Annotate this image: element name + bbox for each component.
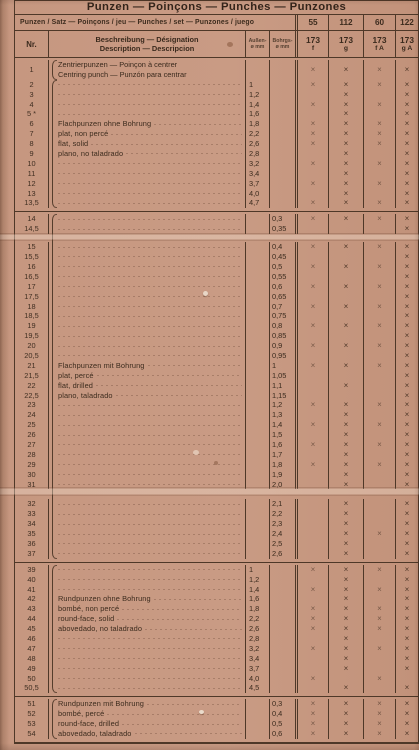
outer-diameter-cell: 3,2 <box>246 159 270 169</box>
availability-mark-cell: × <box>364 719 396 729</box>
row-number-cell: 19 <box>15 321 49 331</box>
table-row: 43bombé, non percé1,8×××× <box>15 604 418 614</box>
availability-mark-cell <box>364 189 396 199</box>
dotted-leader <box>58 229 242 230</box>
dotted-leader <box>58 163 242 164</box>
outer-diameter-cell: 4,5 <box>246 683 270 693</box>
table-row: 22,5plano, taladrado1,15× <box>15 391 418 401</box>
punches-table: Punzen — Poinçons — Punches — Punzones P… <box>14 0 419 744</box>
availability-mark-cell <box>364 634 396 644</box>
outer-diameter-cell <box>246 699 270 709</box>
availability-mark-cell: × <box>396 719 418 729</box>
availability-mark-cell: × <box>297 282 329 292</box>
availability-mark-cell: × <box>329 699 364 709</box>
outer-diameter-cell <box>246 262 270 272</box>
description-cell <box>49 262 246 272</box>
bore-diameter-cell <box>270 565 296 575</box>
availability-mark-cell: × <box>396 129 418 139</box>
bore-diameter-cell <box>270 129 296 139</box>
description-cell <box>49 302 246 312</box>
row-number-cell: 20 <box>15 341 49 351</box>
row-number-cell: 31 <box>15 480 49 490</box>
availability-mark-cell: × <box>297 674 329 684</box>
availability-mark-cell: × <box>329 60 364 80</box>
description-cell <box>49 311 246 321</box>
outer-diameter-cell <box>246 341 270 351</box>
availability-mark-cell <box>364 683 396 693</box>
bore-diameter-cell: 1,7 <box>270 450 296 460</box>
availability-mark-cell: × <box>329 519 364 529</box>
availability-mark-cell: × <box>329 189 364 199</box>
bore-diameter-cell: 1,9 <box>270 470 296 480</box>
section-brace <box>52 60 57 80</box>
row-number-cell: 12 <box>15 179 49 189</box>
availability-mark-cell: × <box>329 470 364 480</box>
row-number-cell: 19,5 <box>15 331 49 341</box>
table-section: 391××××401,2××411,4××××42Rundpunzen ohne… <box>15 563 418 698</box>
availability-mark-cell: × <box>329 179 364 189</box>
description-cell: Flachpunzen mit Bohrung <box>49 361 246 371</box>
availability-mark-cell: × <box>329 594 364 604</box>
availability-mark-cell <box>297 381 329 391</box>
availability-mark-cell: × <box>364 302 396 312</box>
description-cell <box>49 519 246 529</box>
availability-mark-cell: × <box>329 361 364 371</box>
outer-diameter-cell: 2,8 <box>246 149 270 159</box>
description-cell: bombé, non percé <box>49 604 246 614</box>
availability-mark-cell: × <box>329 282 364 292</box>
availability-mark-cell: × <box>396 80 418 90</box>
table-row: 5 *1,6×× <box>15 109 418 119</box>
dotted-leader <box>58 484 242 485</box>
availability-mark-cell: × <box>329 149 364 159</box>
outer-diameter-cell: 2,8 <box>246 634 270 644</box>
availability-mark-cell: × <box>329 683 364 693</box>
dotted-leader <box>58 444 242 445</box>
description-cell <box>49 198 246 208</box>
set-size-60: 60 <box>364 15 396 30</box>
dotted-leader <box>96 385 242 386</box>
availability-mark-cell <box>297 683 329 693</box>
section-brace <box>52 699 57 739</box>
availability-mark-cell: × <box>364 80 396 90</box>
dotted-leader <box>58 203 242 204</box>
availability-mark-cell: × <box>329 539 364 549</box>
outer-diameter-cell: 2,2 <box>246 614 270 624</box>
bore-diameter-cell: 0,75 <box>270 311 296 321</box>
bore-diameter-cell <box>270 139 296 149</box>
availability-mark-cell: × <box>364 100 396 110</box>
bore-diameter-cell <box>270 109 296 119</box>
bore-diameter-cell: 0,65 <box>270 292 296 302</box>
description-cell: round-face, solid <box>49 614 246 624</box>
availability-mark-cell: × <box>364 321 396 331</box>
table-row: 483,4×× <box>15 654 418 664</box>
availability-mark-cell <box>364 430 396 440</box>
section-brace <box>52 80 57 209</box>
outer-diameter-cell: 3,7 <box>246 664 270 674</box>
dotted-leader <box>148 365 242 366</box>
row-number-cell: 50,5 <box>15 683 49 693</box>
dotted-leader <box>122 609 242 610</box>
dotted-leader <box>58 94 242 95</box>
bore-diameter-cell: 0,7 <box>270 302 296 312</box>
outer-diameter-cell <box>246 60 270 80</box>
dotted-leader <box>117 619 242 620</box>
table-row: 17,50,65× <box>15 292 418 302</box>
availability-mark-cell <box>364 480 396 490</box>
availability-mark-cell <box>364 169 396 179</box>
row-number-cell: 37 <box>15 549 49 559</box>
availability-mark-cell: × <box>396 252 418 262</box>
dotted-leader <box>58 173 242 174</box>
nr-column-header: Nr. <box>15 31 49 57</box>
availability-mark-cell <box>364 499 396 509</box>
description-text: Rundpunzen ohne Bohrung <box>58 594 151 604</box>
description-text: plano, no taladrado <box>58 149 123 159</box>
availability-mark-cell: × <box>297 624 329 634</box>
availability-mark-cell: × <box>364 60 396 80</box>
availability-mark-cell <box>297 634 329 644</box>
availability-mark-cell <box>297 594 329 604</box>
bore-diameter-cell: 1 <box>270 361 296 371</box>
table-row: 190,8×××× <box>15 321 418 331</box>
description-cell <box>49 654 246 664</box>
row-number-cell: 23 <box>15 400 49 410</box>
table-row: 51Rundpunzen mit Bohrung0,3×××× <box>15 699 418 709</box>
outer-diameter-cell: 4,0 <box>246 189 270 199</box>
outer-diameter-cell: 3,4 <box>246 654 270 664</box>
table-row: 322,1×× <box>15 499 418 509</box>
availability-mark-cell <box>364 351 396 361</box>
availability-mark-cell: × <box>396 331 418 341</box>
outer-diameter-cell <box>246 430 270 440</box>
dotted-leader <box>58 688 242 689</box>
availability-mark-cell: × <box>396 709 418 719</box>
section-brace <box>52 565 57 694</box>
availability-mark-cell <box>297 480 329 490</box>
availability-mark-cell: × <box>396 594 418 604</box>
dotted-leader <box>58 543 242 544</box>
outer-diameter-cell <box>246 719 270 729</box>
availability-mark-cell: × <box>329 90 364 100</box>
availability-mark-cell <box>297 272 329 282</box>
availability-mark-cell: × <box>364 674 396 684</box>
bore-diameter-cell <box>270 585 296 595</box>
availability-mark-cell <box>364 272 396 282</box>
dotted-leader <box>58 405 242 406</box>
table-row: 44round-face, solid2,2×××× <box>15 614 418 624</box>
description-cell <box>49 430 246 440</box>
row-number-cell: 22 <box>15 381 49 391</box>
description-cell <box>49 420 246 430</box>
availability-mark-cell <box>297 664 329 674</box>
availability-mark-cell <box>364 381 396 391</box>
description-cell <box>49 331 246 341</box>
availability-mark-cell: × <box>297 139 329 149</box>
availability-mark-cell: × <box>396 149 418 159</box>
table-row: 14,50,35× <box>15 224 418 234</box>
availability-mark-cell: × <box>396 654 418 664</box>
table-row: 251,4×××× <box>15 420 418 430</box>
description-cell: Rundpunzen mit Bohrung <box>49 699 246 709</box>
table-row: 261,5×× <box>15 430 418 440</box>
bore-diameter-cell: 2,2 <box>270 509 296 519</box>
availability-mark-cell <box>364 509 396 519</box>
table-row: 103,2×××× <box>15 159 418 169</box>
description-text: Flachpunzen ohne Bohrung <box>58 119 151 129</box>
bore-diameter-cell: 0,3 <box>270 214 296 224</box>
availability-mark-cell: × <box>364 709 396 719</box>
availability-mark-cell: × <box>396 529 418 539</box>
availability-mark-cell: × <box>396 292 418 302</box>
nr-label: Nr. <box>15 40 48 49</box>
description-cell <box>49 440 246 450</box>
description-cell <box>49 252 246 262</box>
outer-diameter-cell <box>246 391 270 401</box>
availability-mark-cell <box>364 664 396 674</box>
availability-mark-cell: × <box>297 440 329 450</box>
row-number-cell: 25 <box>15 420 49 430</box>
availability-mark-cell: × <box>396 272 418 282</box>
availability-mark-cell: × <box>329 565 364 575</box>
availability-mark-cell <box>297 539 329 549</box>
outer-diameter-cell <box>246 292 270 302</box>
description-cell <box>49 282 246 292</box>
description-text: flat, drilled <box>58 381 93 391</box>
bore-diameter-cell <box>270 60 296 80</box>
description-cell <box>49 683 246 693</box>
availability-mark-cell: × <box>329 129 364 139</box>
description-cell <box>49 565 246 575</box>
description-text: round-face, solid <box>58 614 114 624</box>
outer-diameter-cell: 4,0 <box>246 674 270 684</box>
dotted-leader <box>58 193 242 194</box>
outer-diameter-cell <box>246 400 270 410</box>
row-number-cell: 52 <box>15 709 49 719</box>
description-cell <box>49 189 246 199</box>
table-row: 493,7×× <box>15 664 418 674</box>
availability-mark-cell: × <box>396 341 418 351</box>
row-number-cell: 39 <box>15 565 49 575</box>
availability-mark-cell: × <box>396 90 418 100</box>
availability-mark-cell: × <box>396 604 418 614</box>
table-row: 372,6×× <box>15 549 418 559</box>
availability-mark-cell <box>297 149 329 159</box>
table-row: 271,6×××× <box>15 440 418 450</box>
description-cell <box>49 169 246 179</box>
dotted-leader <box>58 266 242 267</box>
description-cell: Zentrierpunzen — Poinçon à centrerCentri… <box>49 60 246 80</box>
availability-mark-cell: × <box>364 420 396 430</box>
row-number-cell: 49 <box>15 664 49 674</box>
availability-mark-cell: × <box>297 614 329 624</box>
bore-diameter-cell: 0,85 <box>270 331 296 341</box>
availability-mark-cell <box>297 529 329 539</box>
availability-mark-cell: × <box>364 129 396 139</box>
bore-diameter-cell: 0,45 <box>270 252 296 262</box>
availability-mark-cell: × <box>396 480 418 490</box>
availability-mark-cell: × <box>396 391 418 401</box>
availability-mark-cell: × <box>396 430 418 440</box>
availability-mark-cell <box>329 272 364 282</box>
description-cell <box>49 585 246 595</box>
availability-mark-cell: × <box>329 624 364 634</box>
description-cell <box>49 539 246 549</box>
availability-mark-cell: × <box>364 282 396 292</box>
description-cell <box>49 470 246 480</box>
availability-mark-cell: × <box>396 470 418 480</box>
availability-mark-cell <box>364 470 396 480</box>
availability-mark-cell: × <box>329 460 364 470</box>
table-row: 150,4×××× <box>15 242 418 252</box>
availability-mark-cell: × <box>396 351 418 361</box>
description-cell <box>49 410 246 420</box>
availability-mark-cell: × <box>396 519 418 529</box>
row-number-cell: 5 * <box>15 109 49 119</box>
bore-diameter-cell: 0,35 <box>270 224 296 234</box>
bore-diameter-cell <box>270 198 296 208</box>
dotted-leader <box>58 648 242 649</box>
availability-mark-cell: × <box>297 341 329 351</box>
availability-mark-cell: × <box>329 381 364 391</box>
table-row: 19,50,85× <box>15 331 418 341</box>
description-cell <box>49 272 246 282</box>
availability-mark-cell <box>297 252 329 262</box>
availability-mark-cell: × <box>396 729 418 739</box>
outer-diameter-cell <box>246 371 270 381</box>
fold-gap <box>15 489 418 499</box>
availability-mark-cell: × <box>329 664 364 674</box>
row-number-cell: 54 <box>15 729 49 739</box>
bore-diameter-column-header: Bohrgs- ø mm <box>270 31 296 57</box>
dotted-leader <box>58 346 242 347</box>
description-cell <box>49 674 246 684</box>
availability-mark-cell: × <box>297 159 329 169</box>
bore-diameter-cell: 0,6 <box>270 729 296 739</box>
description-text: abovedado, no taladrado <box>58 624 142 634</box>
availability-mark-cell: × <box>396 699 418 709</box>
availability-mark-cell: × <box>329 159 364 169</box>
description-cell <box>49 214 246 224</box>
availability-mark-cell: × <box>329 214 364 224</box>
availability-mark-cell: × <box>329 604 364 614</box>
outer-diameter-cell <box>246 549 270 559</box>
outer-diameter-cell: 2,6 <box>246 624 270 634</box>
outer-diameter-column-header: Außen- ø mm <box>246 31 270 57</box>
availability-mark-cell: × <box>396 381 418 391</box>
availability-mark-cell: × <box>297 585 329 595</box>
dotted-leader <box>126 153 242 154</box>
bore-diameter-cell <box>270 604 296 614</box>
outer-diameter-cell: 4,7 <box>246 198 270 208</box>
availability-mark-cell: × <box>396 450 418 460</box>
availability-mark-cell <box>364 594 396 604</box>
dotted-leader <box>116 395 242 396</box>
availability-mark-cell: × <box>297 321 329 331</box>
dotted-leader <box>58 514 242 515</box>
availability-mark-cell: × <box>364 440 396 450</box>
availability-mark-cell <box>364 450 396 460</box>
availability-mark-cell: × <box>297 262 329 272</box>
table-row: 52bombé, percé0,4×××× <box>15 709 418 719</box>
dotted-leader <box>58 415 242 416</box>
row-number-cell: 53 <box>15 719 49 729</box>
availability-mark-cell <box>364 90 396 100</box>
dotted-leader <box>58 658 242 659</box>
row-number-cell: 46 <box>15 634 49 644</box>
row-number-cell: 3 <box>15 90 49 100</box>
availability-mark-cell: × <box>329 644 364 654</box>
availability-mark-cell: × <box>396 420 418 430</box>
bore-diameter-cell <box>270 80 296 90</box>
row-number-cell: 16,5 <box>15 272 49 282</box>
row-number-cell: 28 <box>15 450 49 460</box>
bore-diameter-cell <box>270 189 296 199</box>
row-number-cell: 48 <box>15 654 49 664</box>
availability-mark-cell <box>329 224 364 234</box>
bore-diameter-cell: 0,8 <box>270 321 296 331</box>
set-size-122: 122 <box>396 15 418 30</box>
table-row: 391×××× <box>15 565 418 575</box>
availability-mark-cell: × <box>297 604 329 614</box>
availability-mark-cell: × <box>364 585 396 595</box>
bore-diameter-cell <box>270 654 296 664</box>
availability-mark-cell <box>329 331 364 341</box>
availability-mark-cell: × <box>396 159 418 169</box>
dotted-leader <box>58 569 242 570</box>
fold-gap <box>15 234 418 242</box>
row-number-cell: 34 <box>15 519 49 529</box>
description-cell: plano, taladrado <box>49 391 246 401</box>
bore-diameter-cell: 1,1 <box>270 381 296 391</box>
outer-diameter-cell <box>246 499 270 509</box>
availability-mark-cell: × <box>329 549 364 559</box>
availability-mark-cell <box>297 292 329 302</box>
bore-diameter-cell: 1,4 <box>270 420 296 430</box>
availability-mark-cell: × <box>396 575 418 585</box>
table-row: 9plano, no taladrado2,8×× <box>15 149 418 159</box>
row-number-cell: 50 <box>15 674 49 684</box>
outer-diameter-cell <box>246 709 270 719</box>
bore-diameter-cell <box>270 614 296 624</box>
dotted-leader <box>58 306 242 307</box>
description-text: Flachpunzen mit Bohrung <box>58 361 145 371</box>
availability-mark-cell: × <box>297 699 329 709</box>
availability-mark-cell <box>364 371 396 381</box>
bore-diameter-cell: 1,2 <box>270 400 296 410</box>
outer-diameter-cell <box>246 351 270 361</box>
availability-mark-cell: × <box>396 214 418 224</box>
dotted-leader <box>135 733 242 734</box>
row-number-cell: 30 <box>15 470 49 480</box>
table-row: 20,50,95× <box>15 351 418 361</box>
description-cell: bombé, percé <box>49 709 246 719</box>
outer-diameter-cell: 3,7 <box>246 179 270 189</box>
availability-mark-cell: × <box>329 614 364 624</box>
row-number-cell: 47 <box>15 644 49 654</box>
availability-mark-cell: × <box>396 139 418 149</box>
outer-diameter-cell: 1,8 <box>246 119 270 129</box>
availability-mark-cell: × <box>329 450 364 460</box>
outer-diameter-cell <box>246 242 270 252</box>
availability-mark-cell: × <box>364 604 396 614</box>
availability-mark-cell <box>297 109 329 119</box>
availability-mark-cell: × <box>396 683 418 693</box>
outer-diameter-cell <box>246 361 270 371</box>
bore-diameter-cell: 1,6 <box>270 440 296 450</box>
availability-mark-cell <box>297 509 329 519</box>
